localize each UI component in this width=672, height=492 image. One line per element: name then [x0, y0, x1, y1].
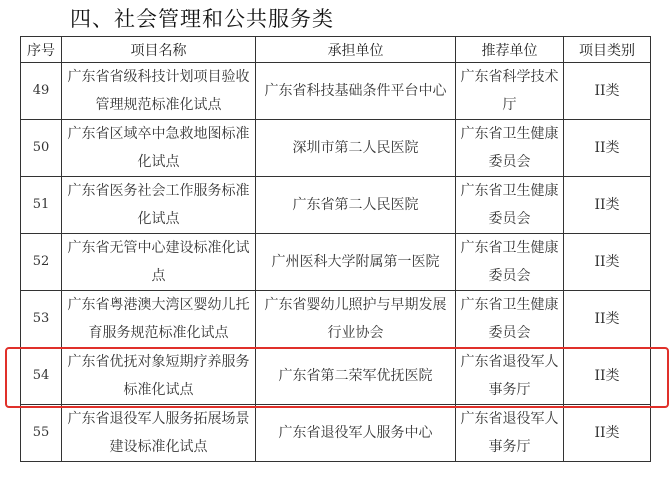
cell-undertaking-unit: 深圳市第二人民医院	[256, 120, 456, 177]
table-row: 55 广东省退役军人服务拓展场景建设标准化试点 广东省退役军人服务中心 广东省退…	[21, 405, 651, 462]
cell-serial-number: 52	[21, 234, 62, 291]
cell-undertaking-unit: 广东省退役军人服务中心	[256, 405, 456, 462]
cell-project-category: II类	[564, 291, 651, 348]
cell-recommending-unit: 广东省退役军人事务厅	[456, 405, 564, 462]
cell-project-category: II类	[564, 63, 651, 120]
cell-serial-number: 53	[21, 291, 62, 348]
cell-undertaking-unit: 广东省第二人民医院	[256, 177, 456, 234]
table-row: 53 广东省粤港澳大湾区婴幼儿托育服务规范标准化试点 广东省婴幼儿照护与早期发展…	[21, 291, 651, 348]
table-row: 52 广东省无管中心建设标准化试点 广州医科大学附属第一医院 广东省卫生健康委员…	[21, 234, 651, 291]
cell-project-name: 广东省粤港澳大湾区婴幼儿托育服务规范标准化试点	[62, 291, 256, 348]
cell-serial-number: 51	[21, 177, 62, 234]
cell-project-name: 广东省无管中心建设标准化试点	[62, 234, 256, 291]
cell-project-category: II类	[564, 234, 651, 291]
cell-undertaking-unit: 广东省第二荣军优抚医院	[256, 348, 456, 405]
cell-project-category: II类	[564, 348, 651, 405]
cell-project-name: 广东省退役军人服务拓展场景建设标准化试点	[62, 405, 256, 462]
cell-recommending-unit: 广东省退役军人事务厅	[456, 348, 564, 405]
cell-serial-number: 50	[21, 120, 62, 177]
cell-undertaking-unit: 广州医科大学附属第一医院	[256, 234, 456, 291]
cell-recommending-unit: 广东省卫生健康委员会	[456, 177, 564, 234]
cell-recommending-unit: 广东省卫生健康委员会	[456, 234, 564, 291]
cell-project-category: II类	[564, 405, 651, 462]
cell-serial-number: 54	[21, 348, 62, 405]
header-serial-number: 序号	[21, 37, 62, 63]
header-project-name: 项目名称	[62, 37, 256, 63]
section-title: 四、社会管理和公共服务类	[70, 3, 334, 33]
cell-recommending-unit: 广东省卫生健康委员会	[456, 291, 564, 348]
table-row-highlighted: 54 广东省优抚对象短期疗养服务标准化试点 广东省第二荣军优抚医院 广东省退役军…	[21, 348, 651, 405]
header-recommending-unit: 推荐单位	[456, 37, 564, 63]
cell-project-category: II类	[564, 177, 651, 234]
cell-serial-number: 55	[21, 405, 62, 462]
cell-project-name: 广东省省级科技计划项目验收管理规范标准化试点	[62, 63, 256, 120]
cell-serial-number: 49	[21, 63, 62, 120]
table-row: 50 广东省区域卒中急救地图标准化试点 深圳市第二人民医院 广东省卫生健康委员会…	[21, 120, 651, 177]
table-header-row: 序号 项目名称 承担单位 推荐单位 项目类别	[21, 37, 651, 63]
table-row: 51 广东省医务社会工作服务标准化试点 广东省第二人民医院 广东省卫生健康委员会…	[21, 177, 651, 234]
cell-recommending-unit: 广东省卫生健康委员会	[456, 120, 564, 177]
cell-project-name: 广东省医务社会工作服务标准化试点	[62, 177, 256, 234]
cell-recommending-unit: 广东省科学技术厅	[456, 63, 564, 120]
header-project-category: 项目类别	[564, 37, 651, 63]
header-undertaking-unit: 承担单位	[256, 37, 456, 63]
cell-undertaking-unit: 广东省婴幼儿照护与早期发展行业协会	[256, 291, 456, 348]
cell-undertaking-unit: 广东省科技基础条件平台中心	[256, 63, 456, 120]
table-row: 49 广东省省级科技计划项目验收管理规范标准化试点 广东省科技基础条件平台中心 …	[21, 63, 651, 120]
cell-project-name: 广东省区域卒中急救地图标准化试点	[62, 120, 256, 177]
cell-project-name: 广东省优抚对象短期疗养服务标准化试点	[62, 348, 256, 405]
project-table: 序号 项目名称 承担单位 推荐单位 项目类别 49 广东省省级科技计划项目验收管…	[20, 36, 651, 462]
cell-project-category: II类	[564, 120, 651, 177]
